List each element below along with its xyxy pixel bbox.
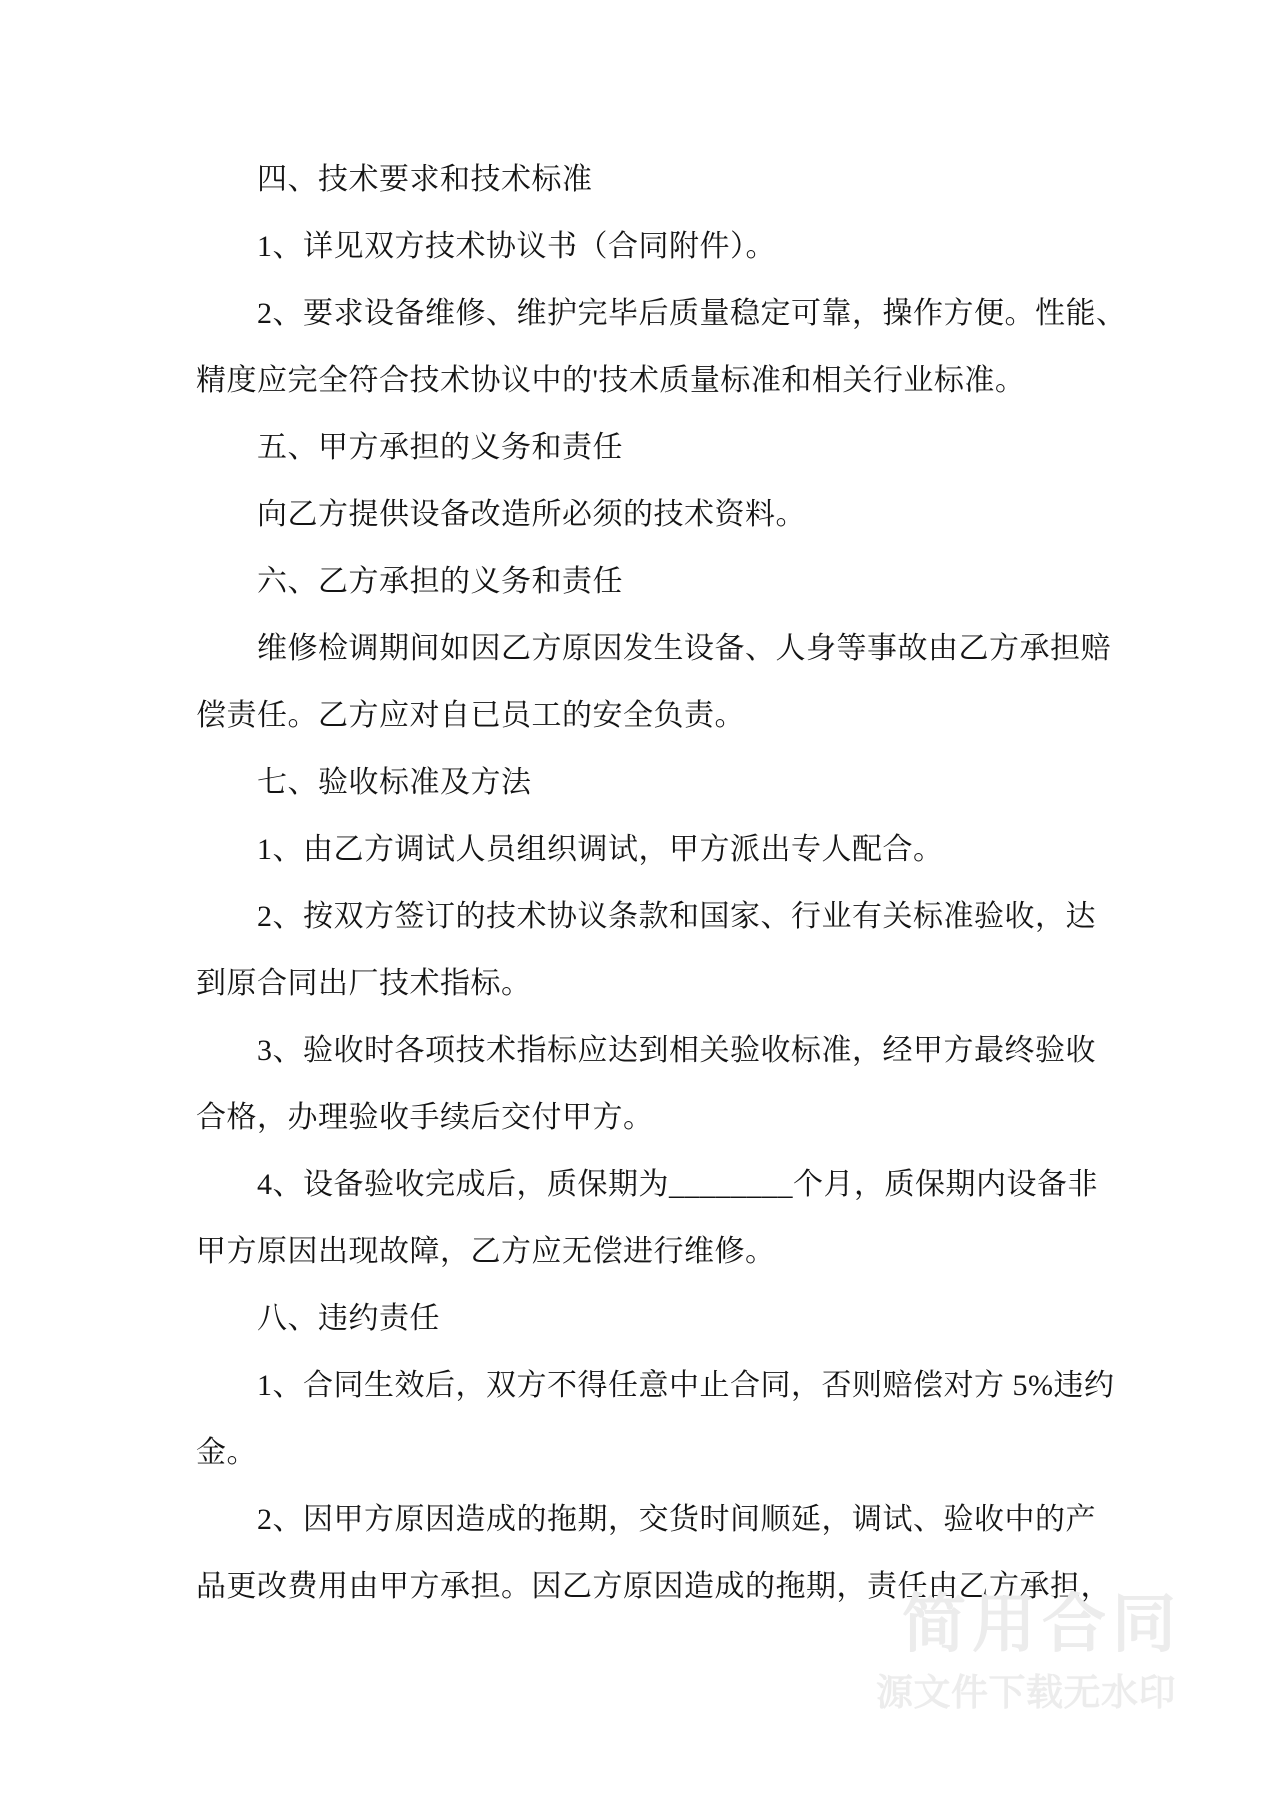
document-body: 四、技术要求和技术标准1、详见双方技术协议书（合同附件）。2、要求设备维修、维护… [196, 146, 1136, 1620]
contract-page: 四、技术要求和技术标准1、详见双方技术协议书（合同附件）。2、要求设备维修、维护… [0, 0, 1280, 1810]
text-line: 合格，办理验收手续后交付甲方。 [196, 1084, 1136, 1151]
text-line: 五、甲方承担的义务和责任 [196, 414, 1136, 481]
text-line: 维修检调期间如因乙方原因发生设备、人身等事故由乙方承担赔 [196, 615, 1136, 682]
text-line: 向乙方提供设备改造所必须的技术资料。 [196, 481, 1136, 548]
text-line: 1、详见双方技术协议书（合同附件）。 [196, 213, 1136, 280]
text-line: 2、按双方签订的技术协议条款和国家、行业有关标准验收，达 [196, 883, 1136, 950]
text-line: 1、由乙方调试人员组织调试，甲方派出专人配合。 [196, 816, 1136, 883]
watermark-subtitle-text: 源文件下载无水印 [876, 1674, 1176, 1711]
watermark-logo-text: 简用合同 [876, 1592, 1182, 1656]
watermark: 简用合同 源文件下载无水印 [876, 1592, 1176, 1711]
text-line: 2、因甲方原因造成的拖期，交货时间顺延，调试、验收中的产 [196, 1486, 1136, 1553]
text-line: 六、乙方承担的义务和责任 [196, 548, 1136, 615]
text-line: 甲方原因出现故障，乙方应无偿进行维修。 [196, 1218, 1136, 1285]
text-line: 四、技术要求和技术标准 [196, 146, 1136, 213]
text-line: 精度应完全符合技术协议中的'技术质量标准和相关行业标准。 [196, 347, 1136, 414]
text-line: 七、验收标准及方法 [196, 749, 1136, 816]
text-line: 3、验收时各项技术指标应达到相关验收标准，经甲方最终验收 [196, 1017, 1136, 1084]
text-line: 2、要求设备维修、维护完毕后质量稳定可靠，操作方便。性能、 [196, 280, 1136, 347]
text-line: 到原合同出厂技术指标。 [196, 950, 1136, 1017]
text-line: 八、违约责任 [196, 1285, 1136, 1352]
text-line: 4、设备验收完成后，质保期为________个月，质保期内设备非 [196, 1151, 1136, 1218]
text-line: 1、合同生效后，双方不得任意中止合同，否则赔偿对方 5%违约 [196, 1352, 1136, 1419]
text-line: 偿责任。乙方应对自已员工的安全负责。 [196, 682, 1136, 749]
text-line: 金。 [196, 1419, 1136, 1486]
